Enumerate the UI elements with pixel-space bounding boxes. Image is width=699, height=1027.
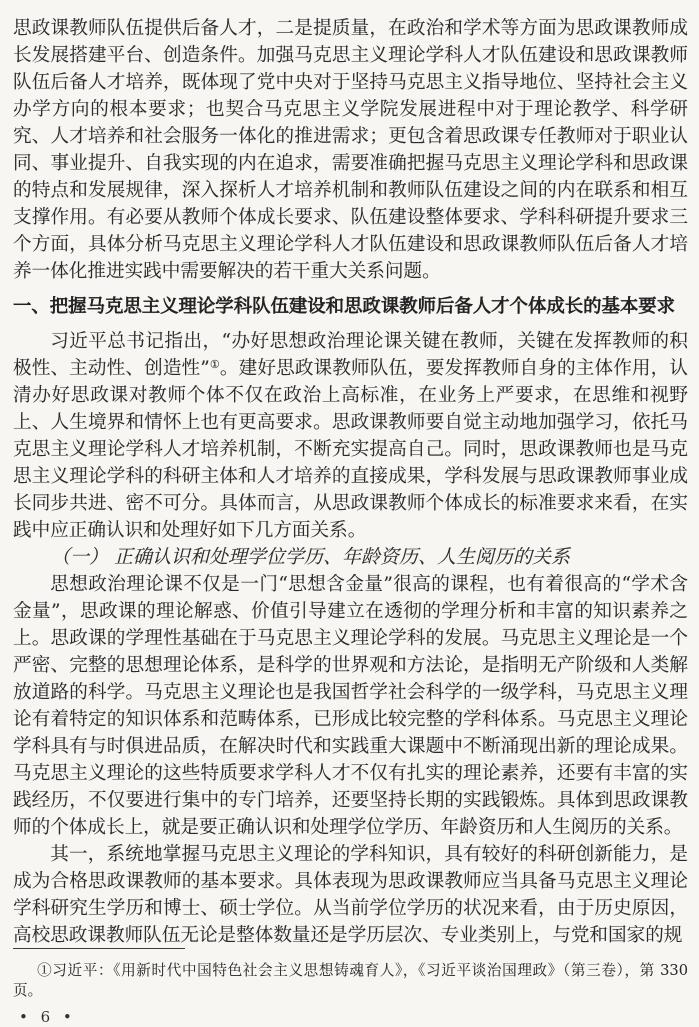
page-number: • 6 •	[19, 1008, 688, 1026]
footnote-separator	[13, 948, 185, 949]
footnote-text: ①习近平：《用新时代中国特色社会主义思想铸魂育人》，《习近平谈治国理政》（第三卷…	[13, 961, 688, 1001]
document-page: 思政课教师队伍提供后备人才，二是提质量，在政治和学术等方面为思政课教师成长发展搭…	[0, 0, 699, 1027]
paragraph-discipline: 思想政治理论课不仅是一门“思想含金量”很高的课程，也有着很高的“学术含金量”，思…	[13, 571, 688, 841]
paragraph-first-point: 其一，系统地掌握马克思主义理论的学科知识，具有较好的科研创新能力，是成为合格思政…	[13, 841, 688, 949]
footnote-ref-mark: ①	[210, 358, 220, 371]
footnote-area: ①习近平：《用新时代中国特色社会主义思想铸魂育人》，《习近平谈治国理政》（第三卷…	[13, 948, 688, 1026]
paragraph-continuation: 思政课教师队伍提供后备人才，二是提质量，在政治和学术等方面为思政课教师成长发展搭…	[13, 15, 688, 285]
paragraph-intro: 习近平总书记指出，“办好思想政治理论课关键在教师，关键在发挥教师的积极性、主动性…	[13, 328, 688, 544]
subsection-heading: （一） 正确认识和处理学位学历、年龄资历、人生阅历的关系	[13, 544, 688, 571]
page-content: 思政课教师队伍提供后备人才，二是提质量，在政治和学术等方面为思政课教师成长发展搭…	[13, 15, 688, 949]
paragraph-intro-text-cont: 。建好思政课教师队伍，要发挥教师自身的主体作用，认清办好思政课对教师个体不仅在政…	[13, 358, 688, 541]
section-heading: 一、把握马克思主义理论学科队伍建设和思政课教师后备人才个体成长的基本要求	[13, 293, 688, 320]
